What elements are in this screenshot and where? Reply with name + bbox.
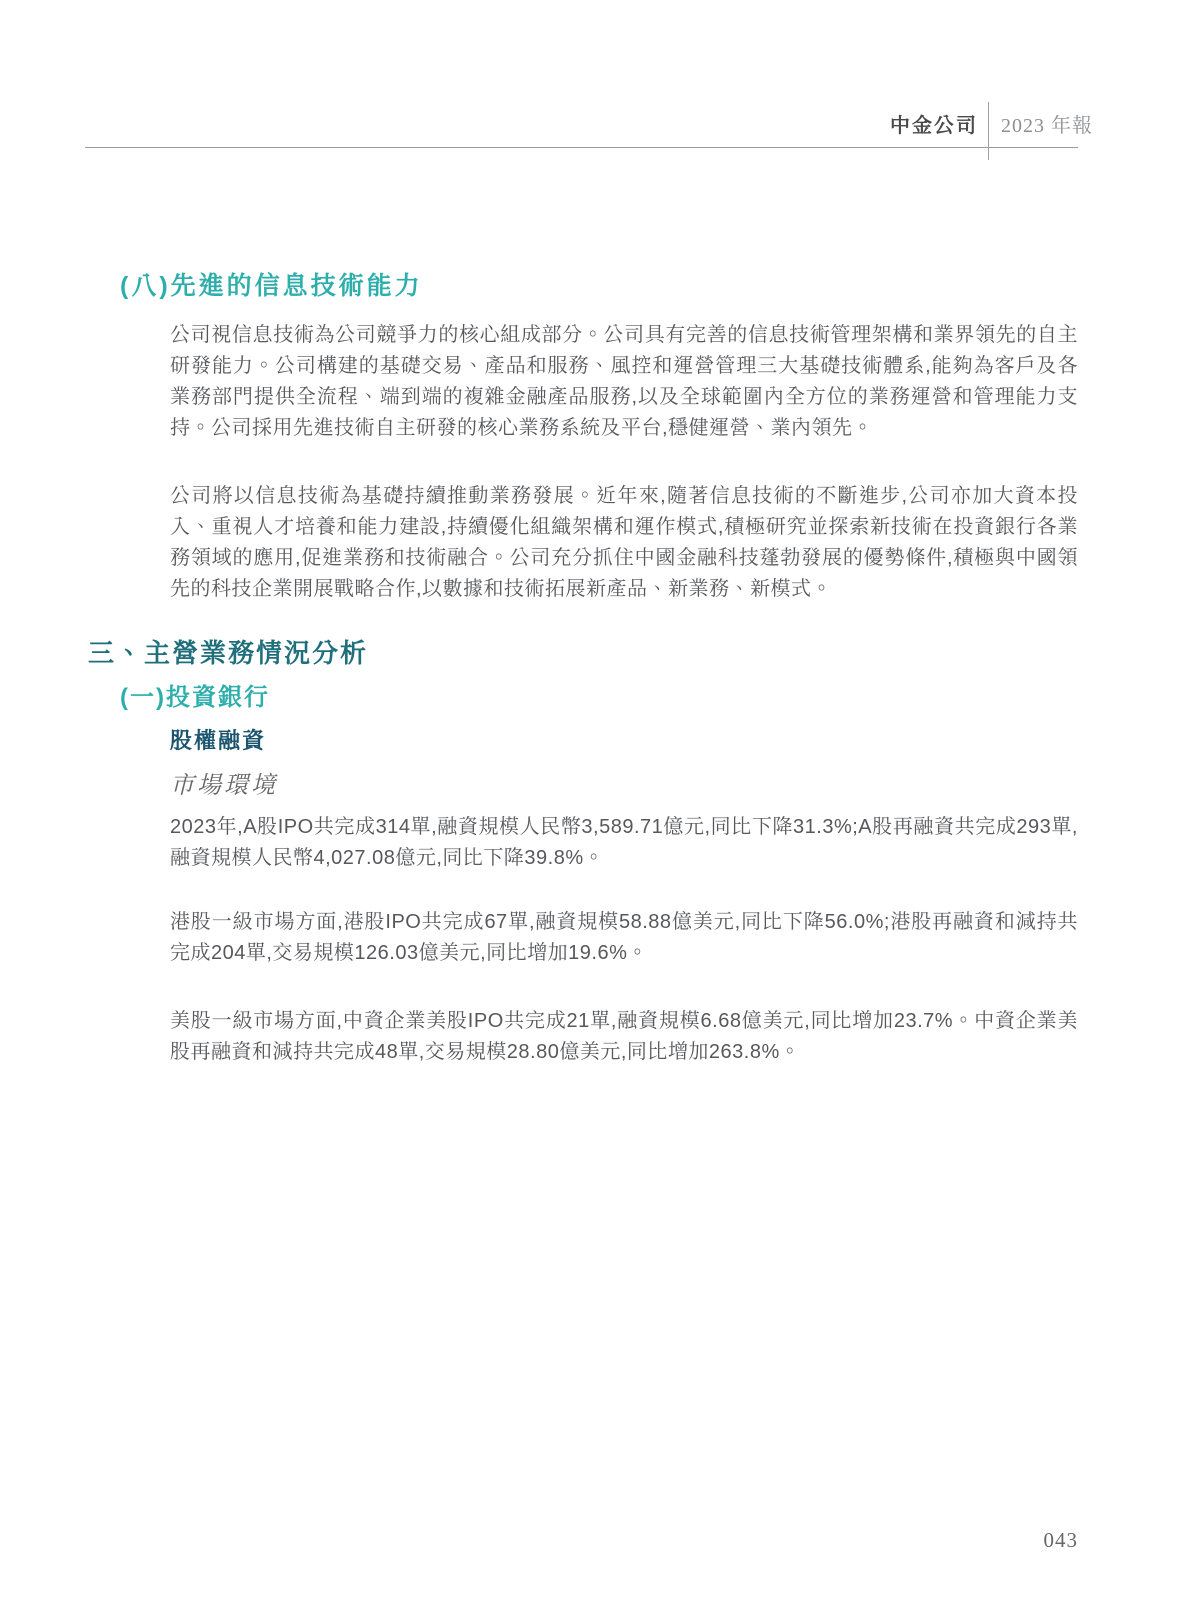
annual-report-page: 中金公司 2023 年報 (八)先進的信息技術能力 公司視信息技術為公司競爭力的…: [0, 0, 1190, 1615]
header-vertical-divider: [988, 102, 989, 160]
heading-equity-financing: 股權融資: [170, 724, 266, 755]
header-company-name: 中金公司: [890, 109, 978, 138]
heading-main-business-analysis: 三、主營業務情況分析: [88, 633, 368, 670]
header-report-edition: 2023 年報: [1001, 109, 1093, 138]
page-number: 043: [1044, 1528, 1079, 1553]
paragraph-a-share-market: 2023年,A股IPO共完成314單,融資規模人民幣3,589.71億元,同比下…: [170, 812, 1078, 874]
heading-market-environment: 市場環境: [170, 765, 278, 800]
paragraph-us-share-market: 美股一級市場方面,中資企業美股IPO共完成21單,融資規模6.68億美元,同比增…: [170, 1006, 1078, 1068]
header-horizontal-rule: [85, 147, 1078, 148]
paragraph-hk-share-market: 港股一級市場方面,港股IPO共完成67單,融資規模58.88億美元,同比下降56…: [170, 907, 1078, 969]
heading-investment-banking: (一)投資銀行: [120, 677, 270, 712]
paragraph-it-2: 公司將以信息技術為基礎持續推動業務發展。近年來,隨著信息技術的不斷進步,公司亦加…: [170, 481, 1078, 605]
paragraph-it-1: 公司視信息技術為公司競爭力的核心組成部分。公司具有完善的信息技術管理架構和業界領…: [170, 320, 1078, 444]
heading-information-technology: (八)先進的信息技術能力: [120, 266, 423, 302]
